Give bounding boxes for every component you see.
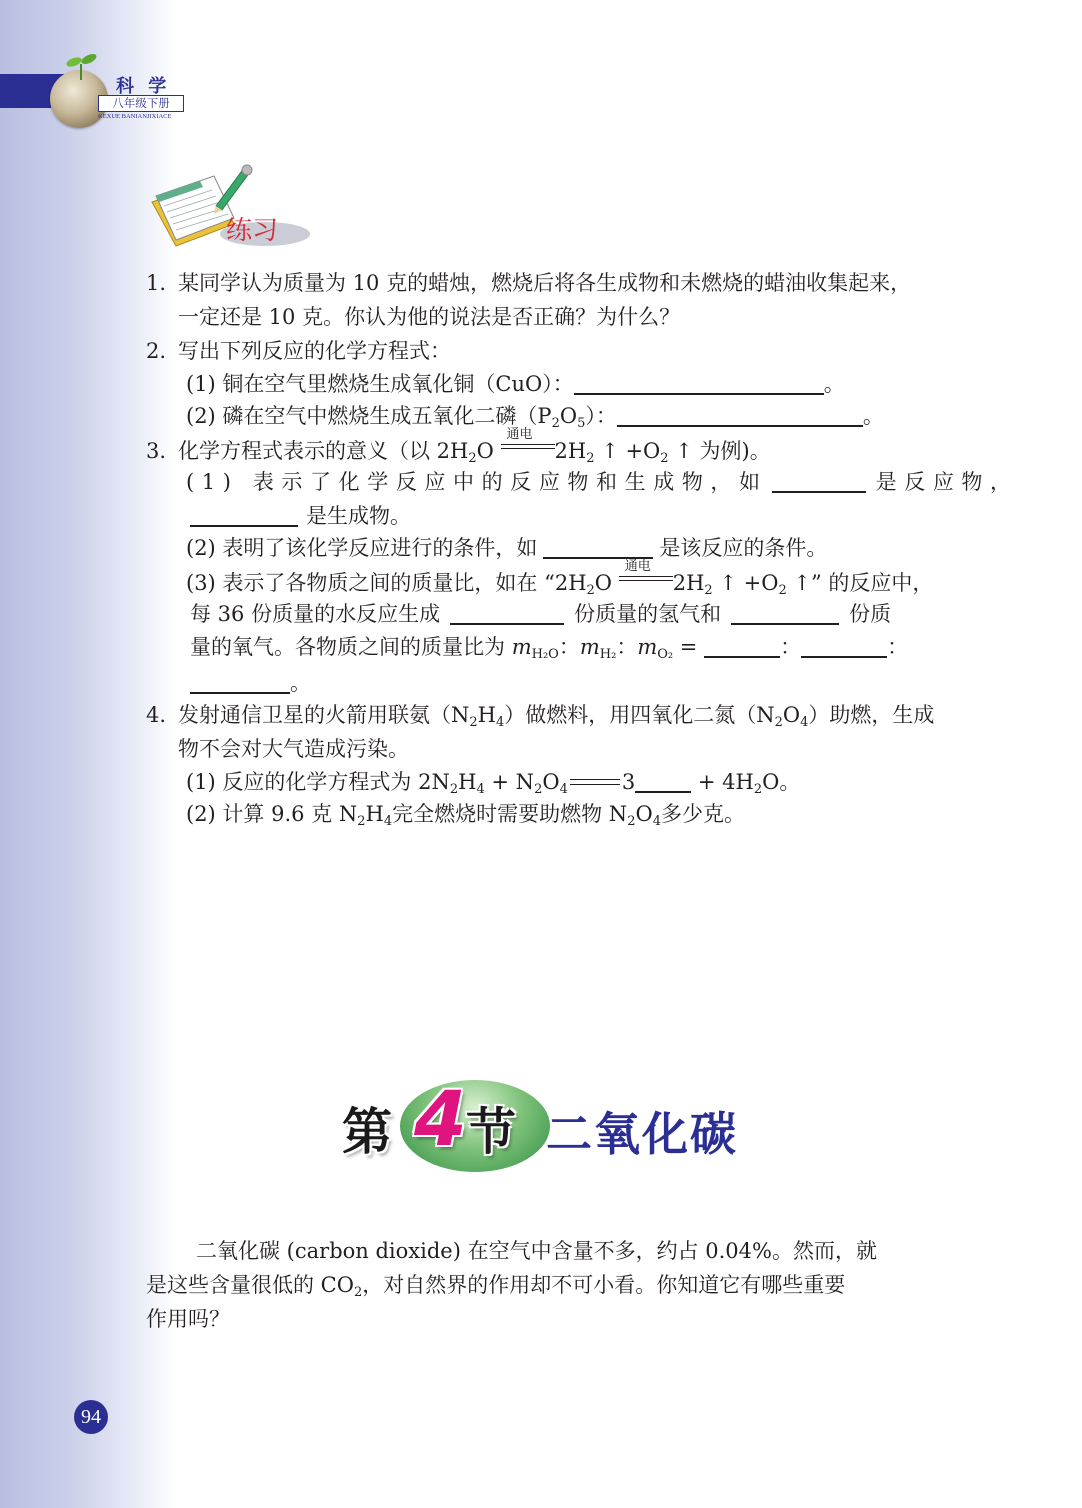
question-3-part-1-cont: 是生成物。 <box>190 501 411 531</box>
question-4-part-1: (1) 反应的化学方程式为 2N2H4 + N2O43 + 4H2O。 <box>186 767 800 797</box>
intro-line-1: 二氧化碳 (carbon dioxide) 在空气中含量不多，约占 0.04%。… <box>196 1236 877 1266</box>
grade-label: 八年级下册 <box>98 95 184 112</box>
answer-blank[interactable] <box>635 773 691 793</box>
question-2-stem: 2.写出下列反应的化学方程式： <box>146 336 451 366</box>
pinyin-label: KEXUE BANIANJIXIACE <box>98 113 171 120</box>
reaction-condition-arrow: 通电 <box>619 566 673 592</box>
equals-sign <box>570 779 620 785</box>
section-suffix: 节 <box>466 1092 516 1164</box>
answer-blank[interactable] <box>574 375 824 395</box>
section-number: 4 <box>414 1074 467 1163</box>
answer-blank[interactable] <box>772 473 866 493</box>
exercise-heading-label: 练习 <box>226 210 278 247</box>
answer-blank[interactable] <box>450 605 564 625</box>
sprout-icon <box>64 52 98 80</box>
intro-line-2: 是这些含量很低的 CO2，对自然界的作用却不可小看。你知道它有哪些重要 <box>146 1270 845 1300</box>
section-heading: 第 4 节 二氧化碳 <box>340 1070 760 1180</box>
question-1-line-2: 一定还是 10 克。你认为他的说法是否正确？为什么？ <box>178 302 680 332</box>
question-3-part-3-line-2: 每 36 份质量的水反应生成份质量的氢气和份质 <box>190 599 891 629</box>
question-3-part-1: (1) 表示了化学反应中的反应物和生成物，如是反应物， <box>186 467 1019 497</box>
question-3-part-3: (3) 表示了各物质之间的质量比，如在 “2H2O 通电2H2 ↑ +O2 ↑”… <box>186 566 933 598</box>
question-3-stem: 3.化学方程式表示的意义（以 2H2O 通电2H2 ↑ +O2 ↑ 为例)。 <box>146 434 771 466</box>
answer-blank[interactable] <box>731 605 839 625</box>
question-1-line-1: 1.某同学认为质量为 10 克的蜡烛，燃烧后将各生成物和未燃烧的蜡油收集起来， <box>146 268 911 298</box>
question-4-part-2: (2) 计算 9.6 克 N2H4完全燃烧时需要助燃物 N2O4多少克。 <box>186 799 745 829</box>
question-4-line-2: 物不会对大气造成污染。 <box>178 734 409 764</box>
question-4-line-1: 4.发射通信卫星的火箭用联氨（N2H4）做燃料，用四氧化二氮（N2O4）助燃，生… <box>146 700 934 730</box>
question-3-part-3-line-4: 。 <box>190 668 311 698</box>
reaction-condition-arrow: 通电 <box>501 434 555 460</box>
book-header: 科 学 八年级下册 KEXUE BANIANJIXIACE <box>0 48 260 128</box>
page-number: 94 <box>74 1400 108 1434</box>
exercise-heading: 练习 <box>150 162 320 252</box>
question-2-part-2: (2) 磷在空气中燃烧生成五氧化二磷（P2O5）：。 <box>186 401 884 431</box>
answer-blank[interactable] <box>617 407 863 427</box>
answer-blank[interactable] <box>704 638 780 658</box>
section-prefix: 第 <box>342 1092 392 1164</box>
question-2-part-1: (1) 铜在空气里燃烧生成氧化铜（CuO）：。 <box>186 369 845 399</box>
section-title: 二氧化碳 <box>546 1098 738 1164</box>
answer-blank[interactable] <box>190 674 290 694</box>
question-3-part-3-line-3: 量的氧气。各物质之间的质量比为 mH₂O：mH₂：mO₂ = ：： <box>190 632 908 662</box>
answer-blank[interactable] <box>190 507 298 527</box>
intro-line-3: 作用吗？ <box>146 1304 230 1334</box>
answer-blank[interactable] <box>801 638 887 658</box>
question-3-part-2: (2) 表明了该化学反应进行的条件，如是该反应的条件。 <box>186 533 827 563</box>
